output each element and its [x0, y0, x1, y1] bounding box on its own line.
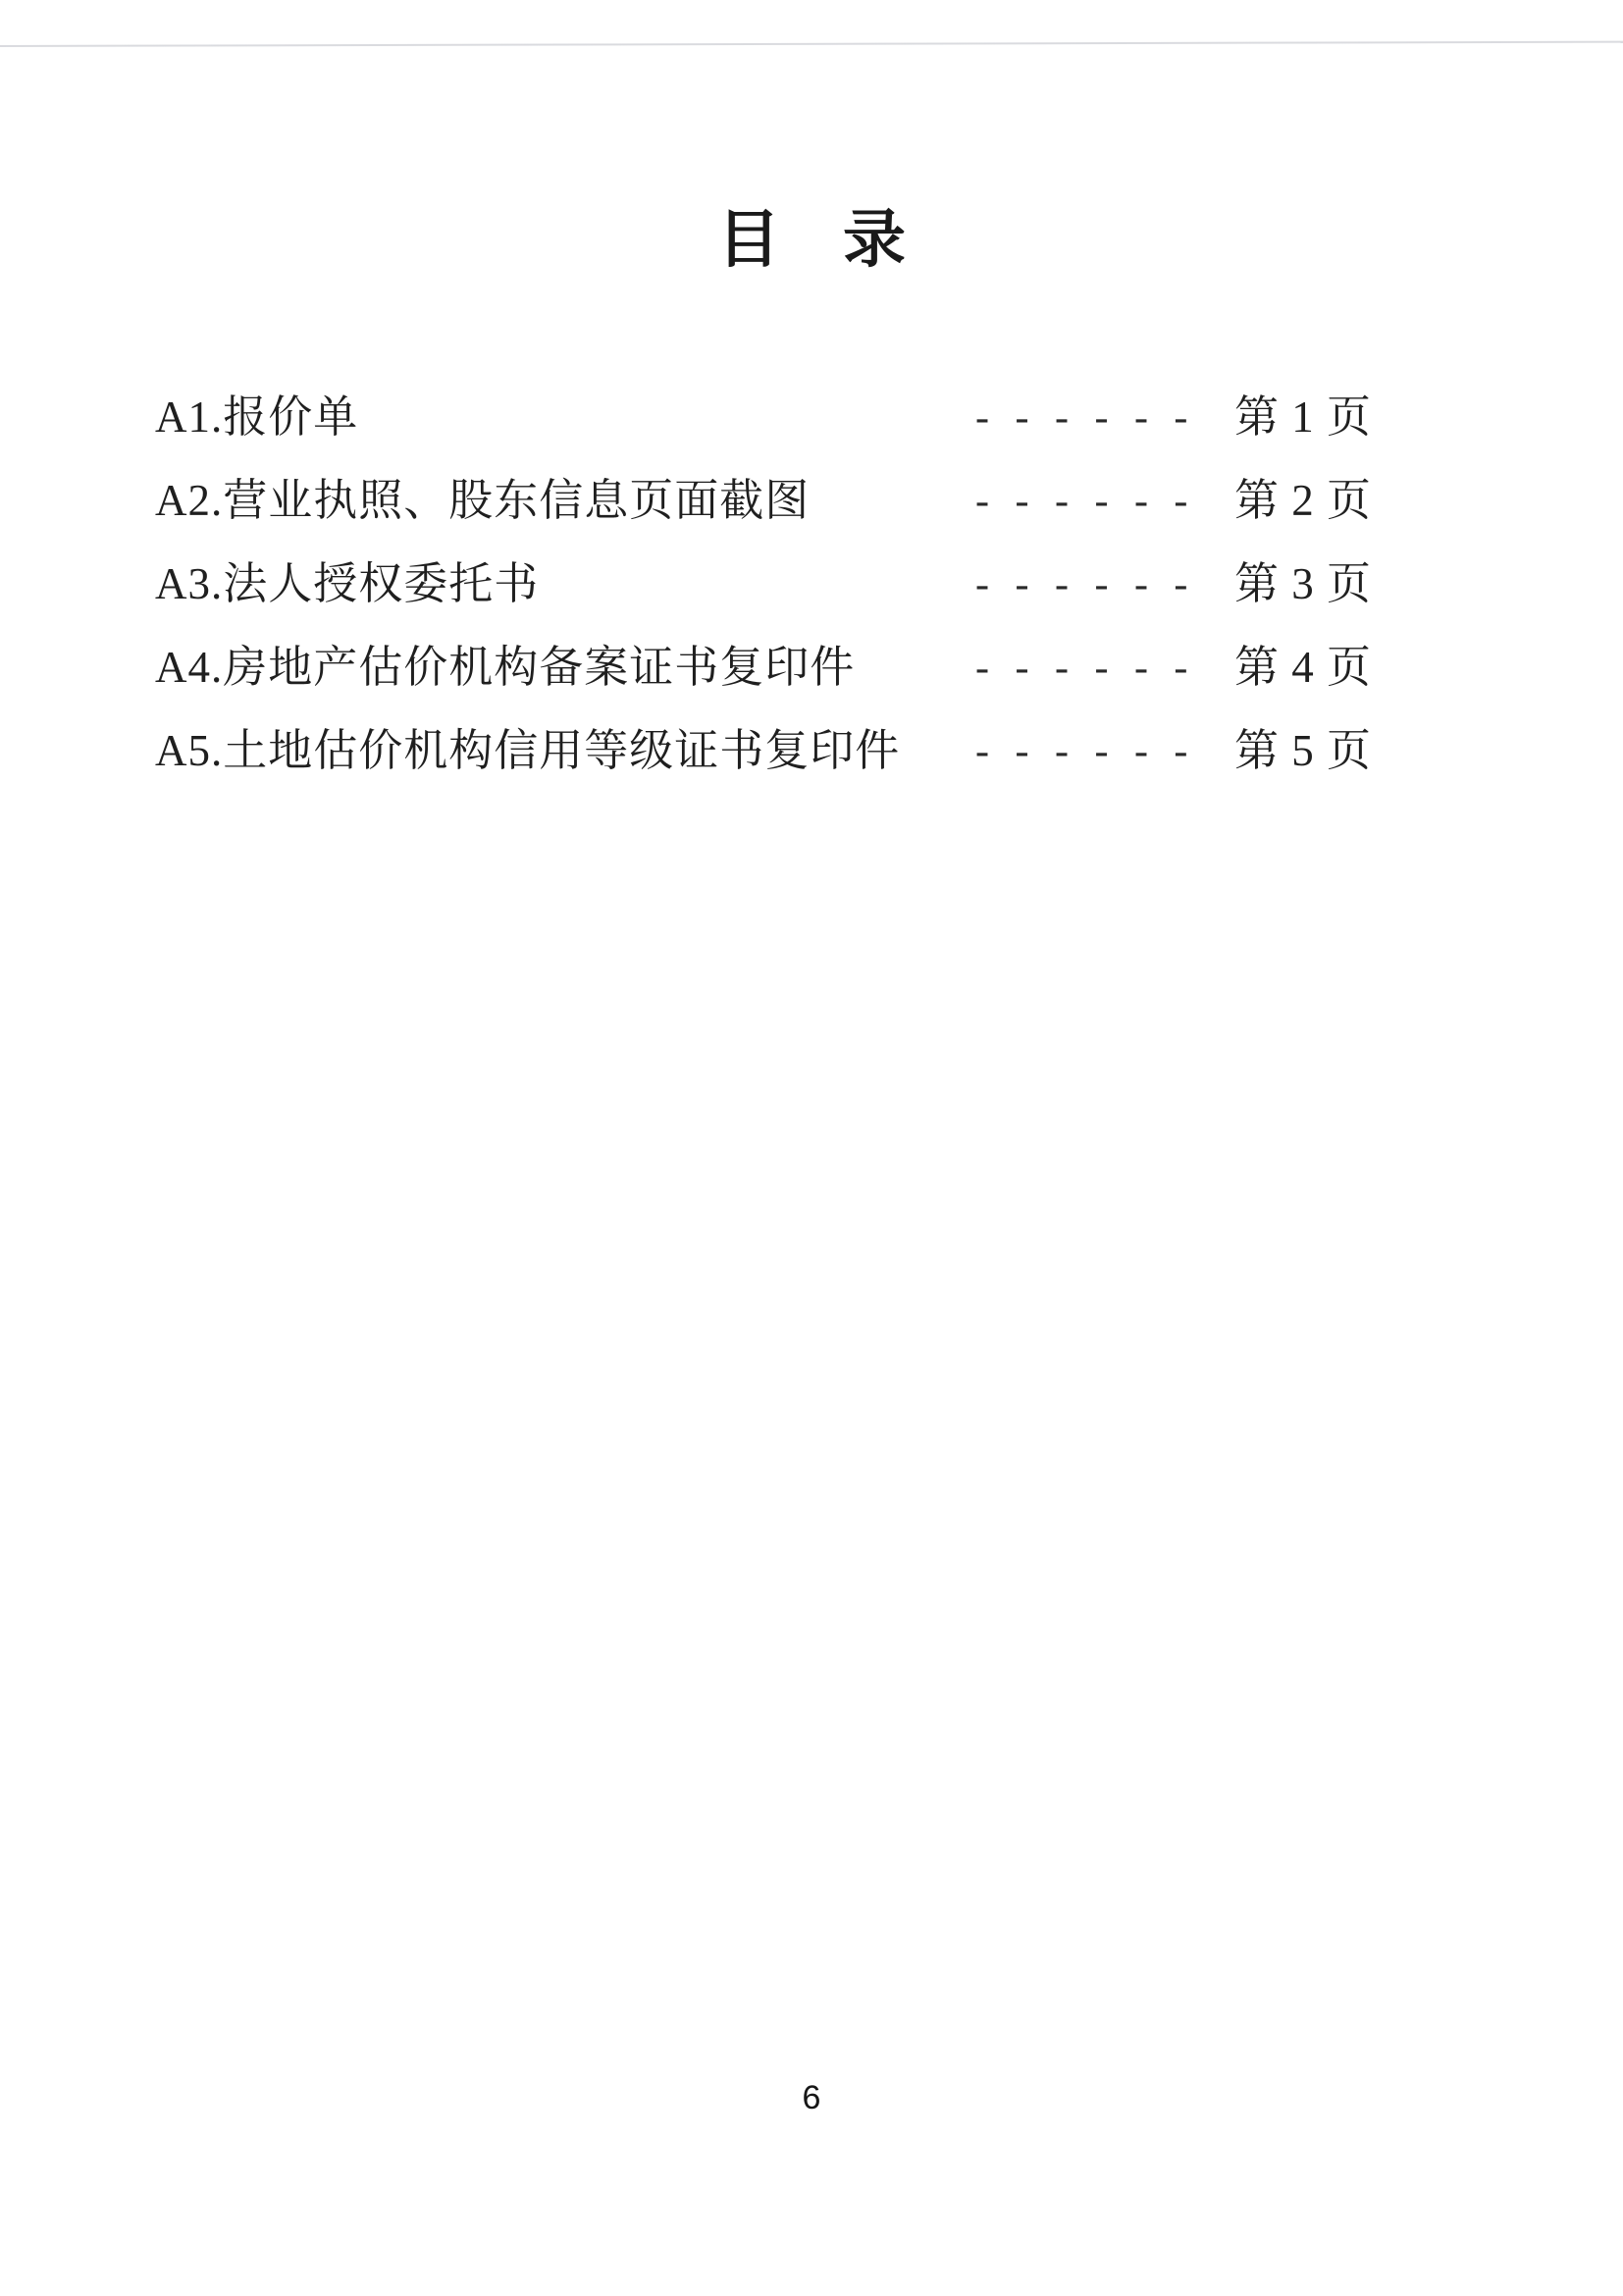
toc-entry-page: 第 5 页 — [1234, 729, 1372, 773]
toc-entry-leader: - - - - - - — [975, 731, 1223, 772]
toc-entry-label: A3.法人授权委托书 — [155, 562, 975, 606]
toc-entry-page: 第 4 页 — [1234, 646, 1372, 690]
toc-entry: A5.土地估价机构信用等级证书复印件 - - - - - - 第 5 页 — [155, 709, 1411, 793]
table-of-contents: A1.报价单 - - - - - - 第 1 页 A2.营业执照、股东信息页面截… — [155, 376, 1411, 793]
page-title: 目 录 — [0, 206, 1623, 275]
toc-entry-label: A4.房地产估价机构备案证书复印件 — [155, 646, 975, 690]
toc-entry-page: 第 2 页 — [1234, 479, 1372, 523]
toc-entry-label: A2.营业执照、股东信息页面截图 — [155, 479, 975, 523]
toc-entry-label: A5.土地估价机构信用等级证书复印件 — [155, 729, 975, 773]
page-number: 6 — [0, 2078, 1623, 2117]
toc-entry-leader: - - - - - - — [975, 564, 1223, 605]
toc-entry-label: A1.报价单 — [155, 395, 975, 440]
toc-entry: A1.报价单 - - - - - - 第 1 页 — [155, 376, 1411, 459]
scan-artifact-line — [0, 41, 1623, 47]
toc-entry: A4.房地产估价机构备案证书复印件 - - - - - - 第 4 页 — [155, 626, 1411, 709]
toc-entry-page: 第 3 页 — [1234, 562, 1372, 606]
document-page: 目 录 A1.报价单 - - - - - - 第 1 页 A2.营业执照、股东信… — [0, 0, 1623, 2296]
toc-entry: A3.法人授权委托书 - - - - - - 第 3 页 — [155, 543, 1411, 626]
toc-entry-leader: - - - - - - — [975, 397, 1223, 439]
toc-entry-leader: - - - - - - — [975, 481, 1223, 522]
toc-entry-page: 第 1 页 — [1234, 395, 1372, 440]
toc-entry: A2.营业执照、股东信息页面截图 - - - - - - 第 2 页 — [155, 459, 1411, 543]
toc-entry-leader: - - - - - - — [975, 648, 1223, 689]
